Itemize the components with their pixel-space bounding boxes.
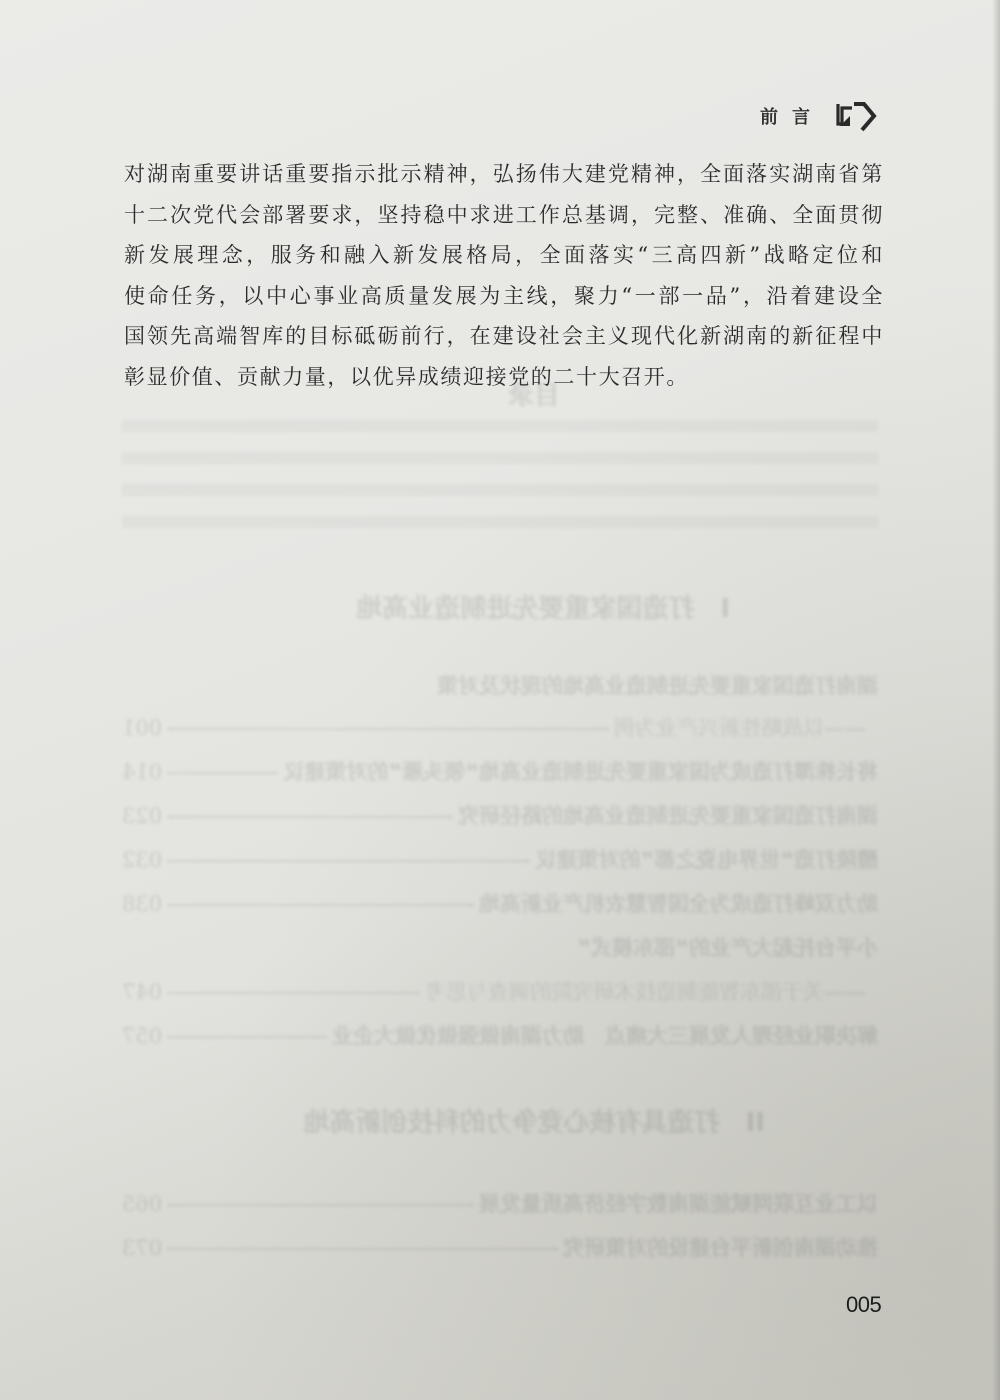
- bleed-entry-page: 047: [122, 980, 162, 1004]
- bleed-entry-page: 073: [122, 1236, 162, 1260]
- bleed-entry: 推动湖南创新平台建设的对策研究 073: [122, 1232, 878, 1262]
- running-header-title: 前言: [760, 103, 824, 129]
- paragraph-line: 使命任务，以中心事业高质量发展为主线，聚力“一部一品”，沿着建设全: [124, 276, 884, 317]
- bleed-entry-title: 湖南打造国家重要先进制造业高地的现状及对策: [437, 670, 878, 700]
- bleed-entry: 湖南打造国家重要先进制造业高地的现状及对策: [122, 670, 878, 700]
- bleed-faint-line: [122, 452, 878, 464]
- bleed-entry: 醴陵打造“世界电瓷之都”的对策建议 032: [122, 844, 878, 874]
- bleed-entry: 小平台托起大产业的“邵东模式”: [122, 932, 878, 962]
- bleed-entry: 将长株潭打造成为国家重要先进制造业高地“领头雁”的对策建议 014: [122, 756, 878, 786]
- leader-dots: [168, 1036, 326, 1038]
- bleed-entry-title: 小平台托起大产业的“邵东模式”: [577, 932, 878, 962]
- bleed-section-2: II 打造具有核心竞争力的科技创新高地: [304, 1102, 765, 1139]
- page-number: 005: [846, 1292, 881, 1318]
- preface-paragraph: 对湖南重要讲话重要指示批示精神，弘扬伟大建党精神，全面落实湖南省第 十二次党代会…: [124, 154, 884, 397]
- leader-dots: [168, 860, 529, 862]
- paragraph-line: 彰显价值、贡献力量，以优异成绩迎接党的二十大召开。: [124, 357, 884, 398]
- bleed-entry-page: 038: [122, 892, 162, 916]
- leader-dots: [168, 728, 608, 730]
- bleed-entry-page: 001: [122, 716, 162, 740]
- bleed-entry-title: 解决职业经理人发展三大痛点 助力湖南做强做优做大企业: [332, 1020, 878, 1050]
- bleed-entry-title: 湖南打造国家重要先进制造业高地的路径研究: [458, 800, 878, 830]
- bleed-faint-line: [122, 420, 878, 432]
- paragraph-line: 十二次党代会部署要求，坚持稳中求进工作总基调，完整、准确、全面贯彻: [124, 195, 884, 236]
- bleed-entry: 解决职业经理人发展三大痛点 助力湖南做强做优做大企业 057: [122, 1020, 878, 1050]
- leader-dots: [168, 992, 419, 994]
- bleed-entry-page: 014: [122, 760, 162, 784]
- bleed-entry: 湖南打造国家重要先进制造业高地的路径研究 023: [122, 800, 878, 830]
- bleed-entry: ——关于邵东智能制造技术研究院的调查与思考 047: [122, 976, 878, 1006]
- bleed-entry-page: 057: [122, 1024, 162, 1048]
- bleed-faint-line: [122, 516, 878, 528]
- bleed-entry-title: 以工业互联网赋能湖南数字经济高质量发展: [479, 1188, 878, 1218]
- leader-dots: [168, 772, 277, 774]
- leader-dots: [168, 904, 473, 906]
- corner-arrow-icon: [834, 98, 878, 134]
- bleed-entry-page: 023: [122, 804, 162, 828]
- paragraph-line: 新发展理念，服务和融入新发展格局，全面落实“三高四新”战略定位和: [124, 235, 884, 276]
- bleed-entry: 助力双峰打造成为全国智慧农机产业新高地 038: [122, 888, 878, 918]
- bleed-entry-title: 将长株潭打造成为国家重要先进制造业高地“领头雁”的对策建议: [283, 756, 878, 786]
- bleed-entry: 以工业互联网赋能湖南数字经济高质量发展 065: [122, 1188, 878, 1218]
- bleed-entry-title: 醴陵打造“世界电瓷之都”的对策建议: [535, 844, 878, 874]
- paragraph-line: 对湖南重要讲话重要指示批示精神，弘扬伟大建党精神，全面落实湖南省第: [124, 154, 884, 195]
- bleed-entry-title: 助力双峰打造成为全国智慧农机产业新高地: [479, 888, 878, 918]
- leader-dots: [168, 816, 452, 818]
- bleed-entry-title: 推动湖南创新平台建设的对策研究: [563, 1232, 878, 1262]
- bleed-entry-page: 065: [122, 1192, 162, 1216]
- bleed-section-1: I 打造国家重要先进制造业高地: [356, 588, 730, 625]
- running-header: 前言: [760, 98, 878, 134]
- bleed-entry-title: ——以战略性新兴产业为例: [614, 712, 878, 742]
- leader-dots: [168, 1204, 473, 1206]
- bleed-entry: ——以战略性新兴产业为例 001: [122, 712, 878, 742]
- bleed-entry-title: ——关于邵东智能制造技术研究院的调查与思考: [425, 976, 878, 1006]
- leader-dots: [168, 1248, 557, 1250]
- bleed-entry-page: 032: [122, 848, 162, 872]
- paragraph-line: 国领先高端智库的目标砥砺前行，在建设社会主义现代化新湖南的新征程中: [124, 316, 884, 357]
- bleed-faint-line: [122, 484, 878, 496]
